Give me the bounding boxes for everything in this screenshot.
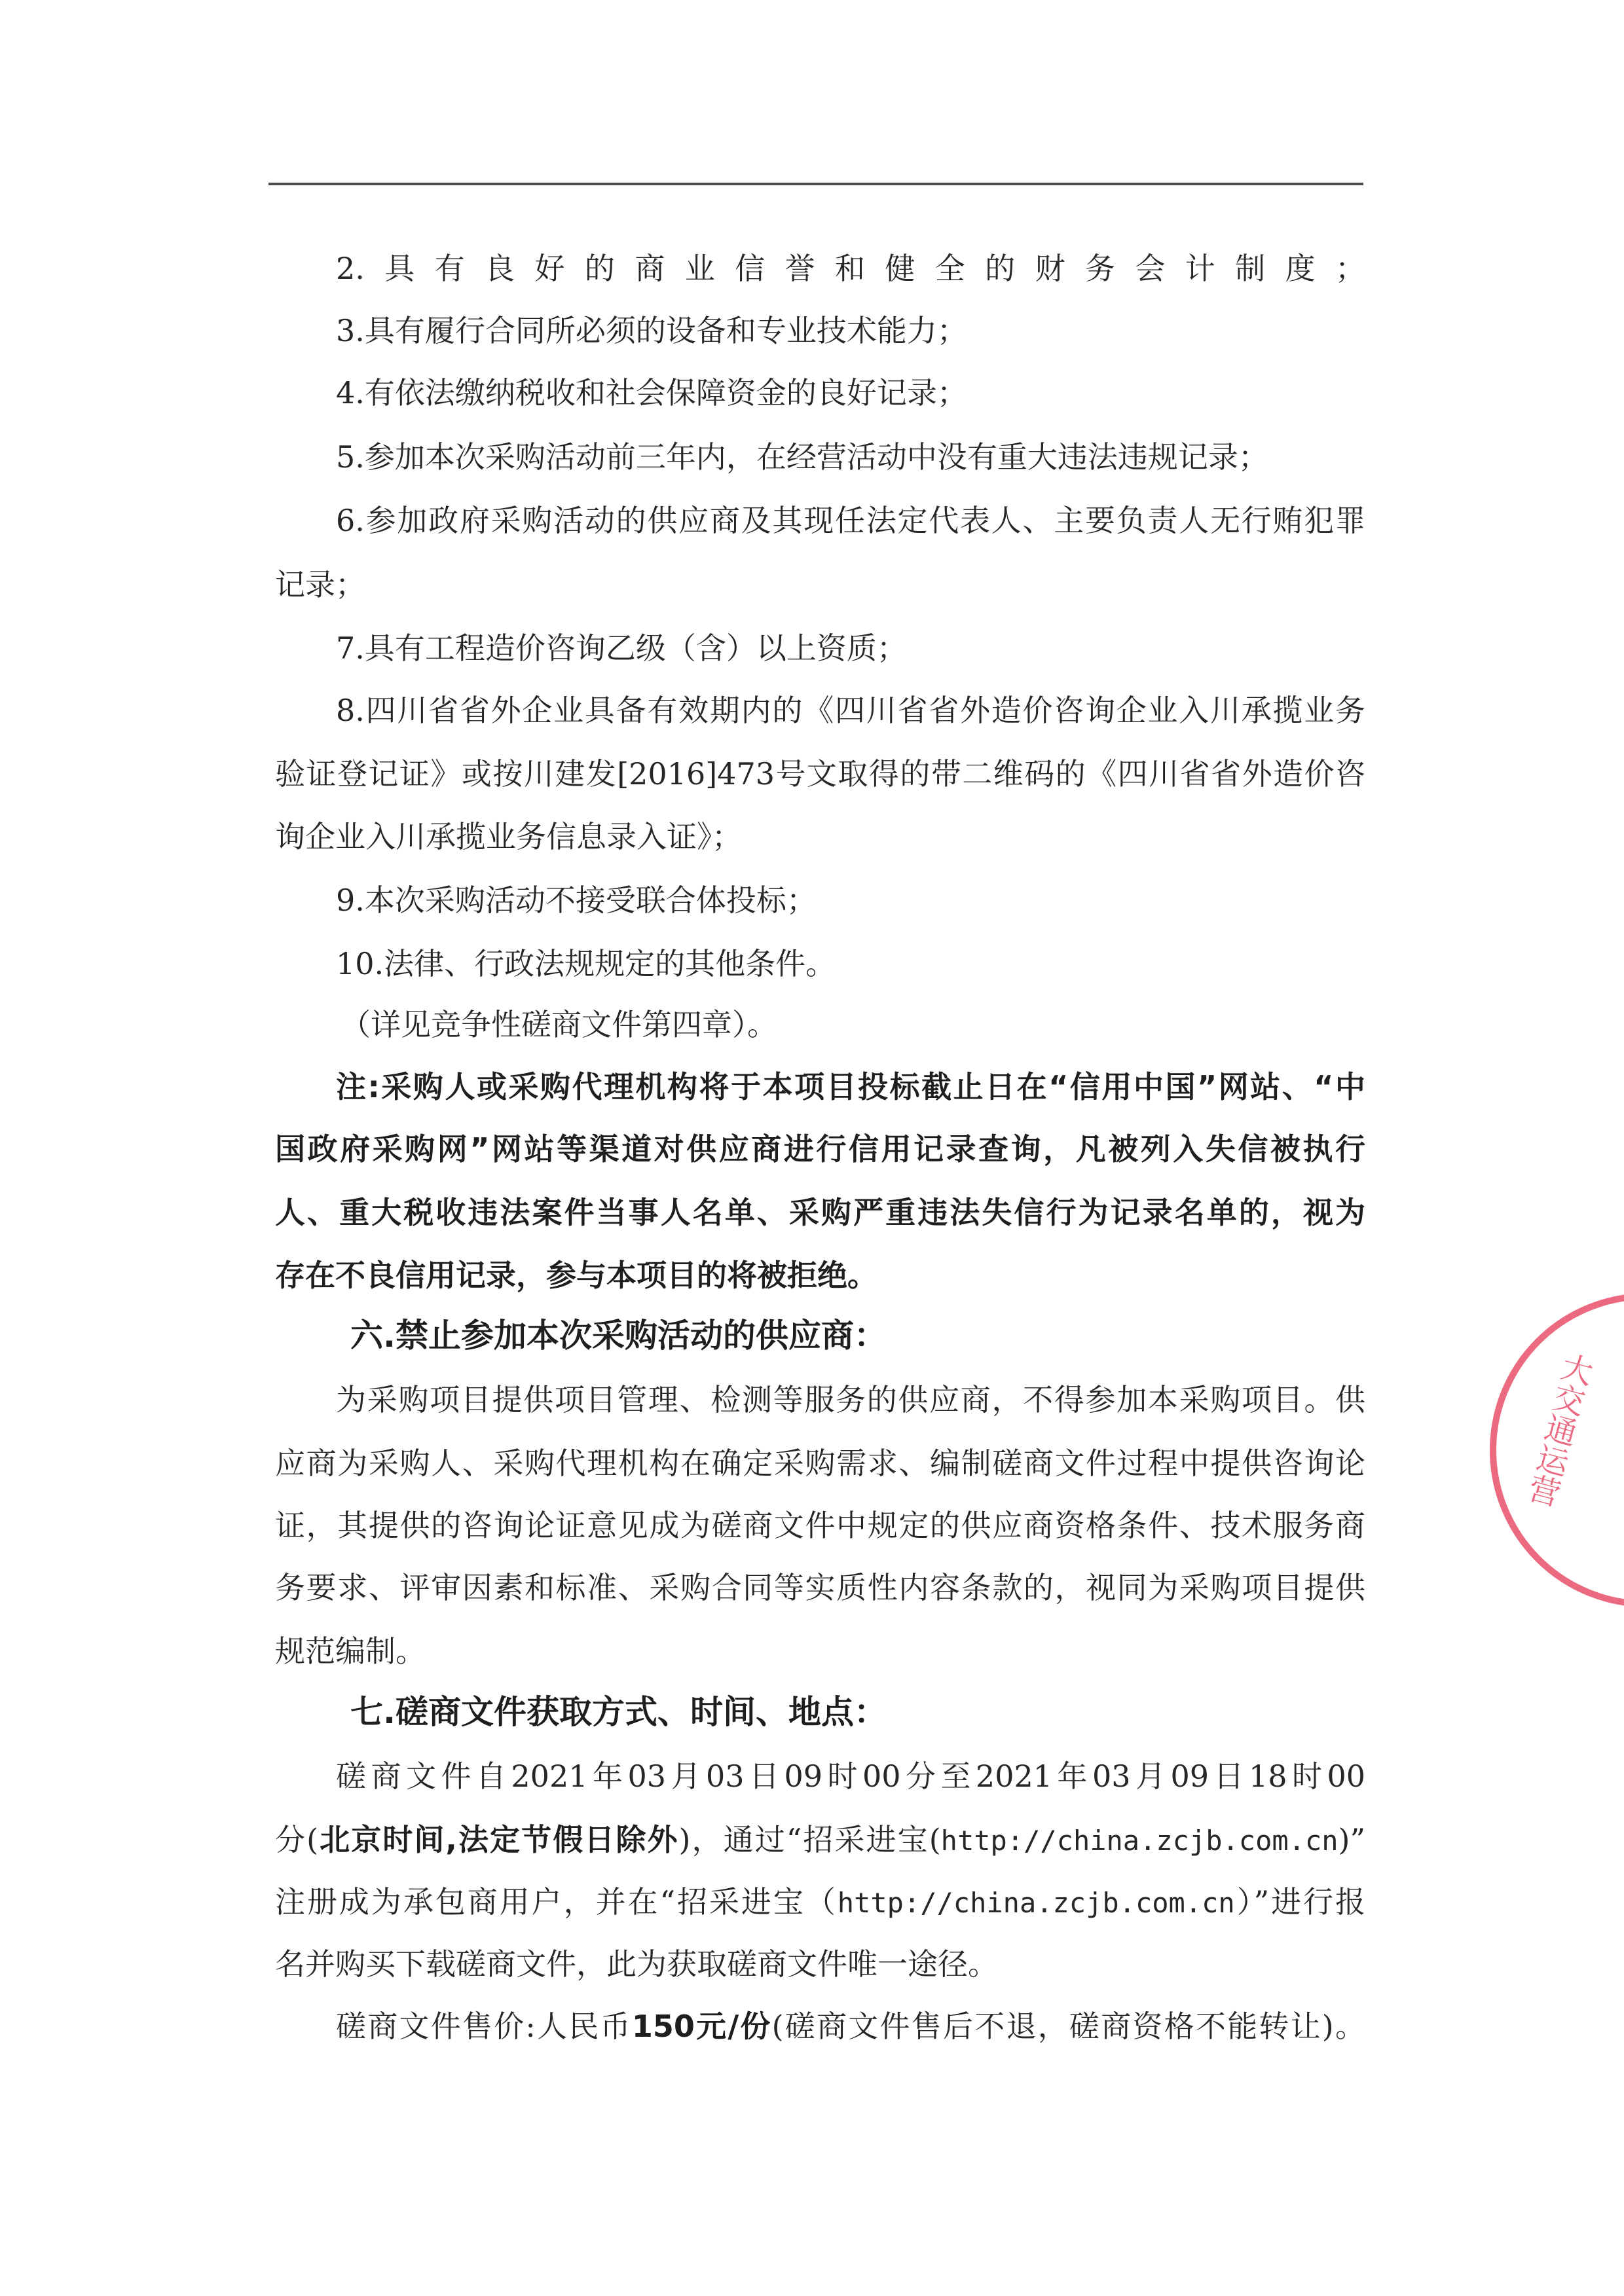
qualification-item-5: 5.参加本次采购活动前三年内，在经营活动中没有重大违法违规记录； [336,439,1365,475]
section-7-heading: 七.磋商文件获取方式、时间、地点： [350,1692,887,1732]
qualification-item-4: 4.有依法缴纳税收和社会保障资金的良好记录； [336,374,1365,411]
section-6-heading: 六.禁止参加本次采购活动的供应商： [350,1316,887,1355]
header-rule [268,183,1363,185]
qualification-item-8: 8.四川省省外企业具备有效期内的《四川省省外造价咨询企业入川承揽业务 [336,692,1365,729]
document-page: 2.具有良好的商业信誉和健全的财务会计制度； 3.具有履行合同所必须的设备和专业… [0,0,1624,2296]
section-6-line-5: 规范编制。 [275,1633,1365,1669]
section-7-line-4: 名并购买下载磋商文件，此为获取磋商文件唯一途径。 [275,1946,1365,1982]
line3-suffix: ）”进行报 [1235,1884,1365,1920]
note-line-3: 人、重大税收违法案件当事人名单、采购严重违法失信行为记录名单的，视为 [275,1194,1365,1231]
qualification-item-10: 10.法律、行政法规规定的其他条件。 [336,945,1365,982]
price-line: 磋商文件售价:人民币150元/份(磋商文件售后不退，磋商资格不能转让)。 [336,2008,1365,2045]
price-value: 150元/份 [632,2009,772,2044]
qualification-item-6-cont: 记录； [275,566,1365,603]
qualification-item-8-cont-2: 询企业入川承揽业务信息录入证》； [275,818,1365,855]
section-6-line-1: 为采购项目提供项目管理、检测等服务的供应商，不得参加本采购项目。供 [336,1381,1365,1418]
section-6-line-2: 应商为采购人、采购代理机构在确定采购需求、编制磋商文件过程中提供咨询论 [275,1445,1365,1482]
note-line-1: 注:采购人或采购代理机构将于本项目投标截止日在“信用中国”网站、“中 [336,1068,1365,1105]
price-prefix: 磋商文件售价:人民币 [336,2009,632,2044]
section-6-line-3: 证，其提供的咨询论证意见成为磋商文件中规定的供应商资格条件、技术服务商 [275,1507,1365,1544]
section-7-line-3: 注册成为承包商用户，并在“招采进宝（http://china.zcjb.com.… [275,1884,1365,1920]
zcjb-link-1[interactable]: http://china.zcjb.com.cn [941,1825,1338,1857]
line3-prefix: 注册成为承包商用户，并在“招采进宝（ [275,1884,838,1920]
line2-suffix: )” [1338,1822,1365,1857]
qualification-item-8-cont-1: 验证登记证》或按川建发[2016]473号文取得的带二维码的《四川省省外造价咨 [275,756,1365,792]
qualification-item-9: 9.本次采购活动不接受联合体投标； [336,882,1365,919]
line2-prefix: 分( [275,1822,318,1857]
qualification-item-7: 7.具有工程造价咨询乙级（含）以上资质； [336,630,1365,666]
section-7-line-1: 磋商文件自2021年03月03日09时00分至2021年03月09日18时00 [336,1758,1365,1795]
note-line-2: 国政府采购网”网站等渠道对供应商进行信用记录查询，凡被列入失信被执行 [275,1131,1365,1167]
beijing-time-note: 北京时间,法定节假日除外 [318,1822,679,1857]
qualification-item-6: 6.参加政府采购活动的供应商及其现任法定代表人、主要负责人无行贿犯罪 [336,502,1365,539]
zcjb-link-2[interactable]: http://china.zcjb.com.cn [838,1887,1235,1919]
note-line-4: 存在不良信用记录，参与本项目的将被拒绝。 [275,1257,1365,1294]
qualification-reference: （详见竞争性磋商文件第四章）。 [341,1006,1365,1043]
section-6-line-4: 务要求、评审因素和标准、采购合同等实质性内容条款的，视同为采购项目提供 [275,1569,1365,1606]
section-7-line-2: 分(北京时间,法定节假日除外)，通过“招采进宝(http://china.zcj… [275,1821,1365,1858]
line2-mid: )，通过“招采进宝( [679,1822,941,1857]
qualification-item-3: 3.具有履行合同所必须的设备和专业技术能力； [336,312,1365,349]
price-suffix: (磋商文件售后不退，磋商资格不能转让)。 [772,2009,1365,2044]
qualification-item-2: 2.具有良好的商业信誉和健全的财务会计制度； [336,250,1365,287]
